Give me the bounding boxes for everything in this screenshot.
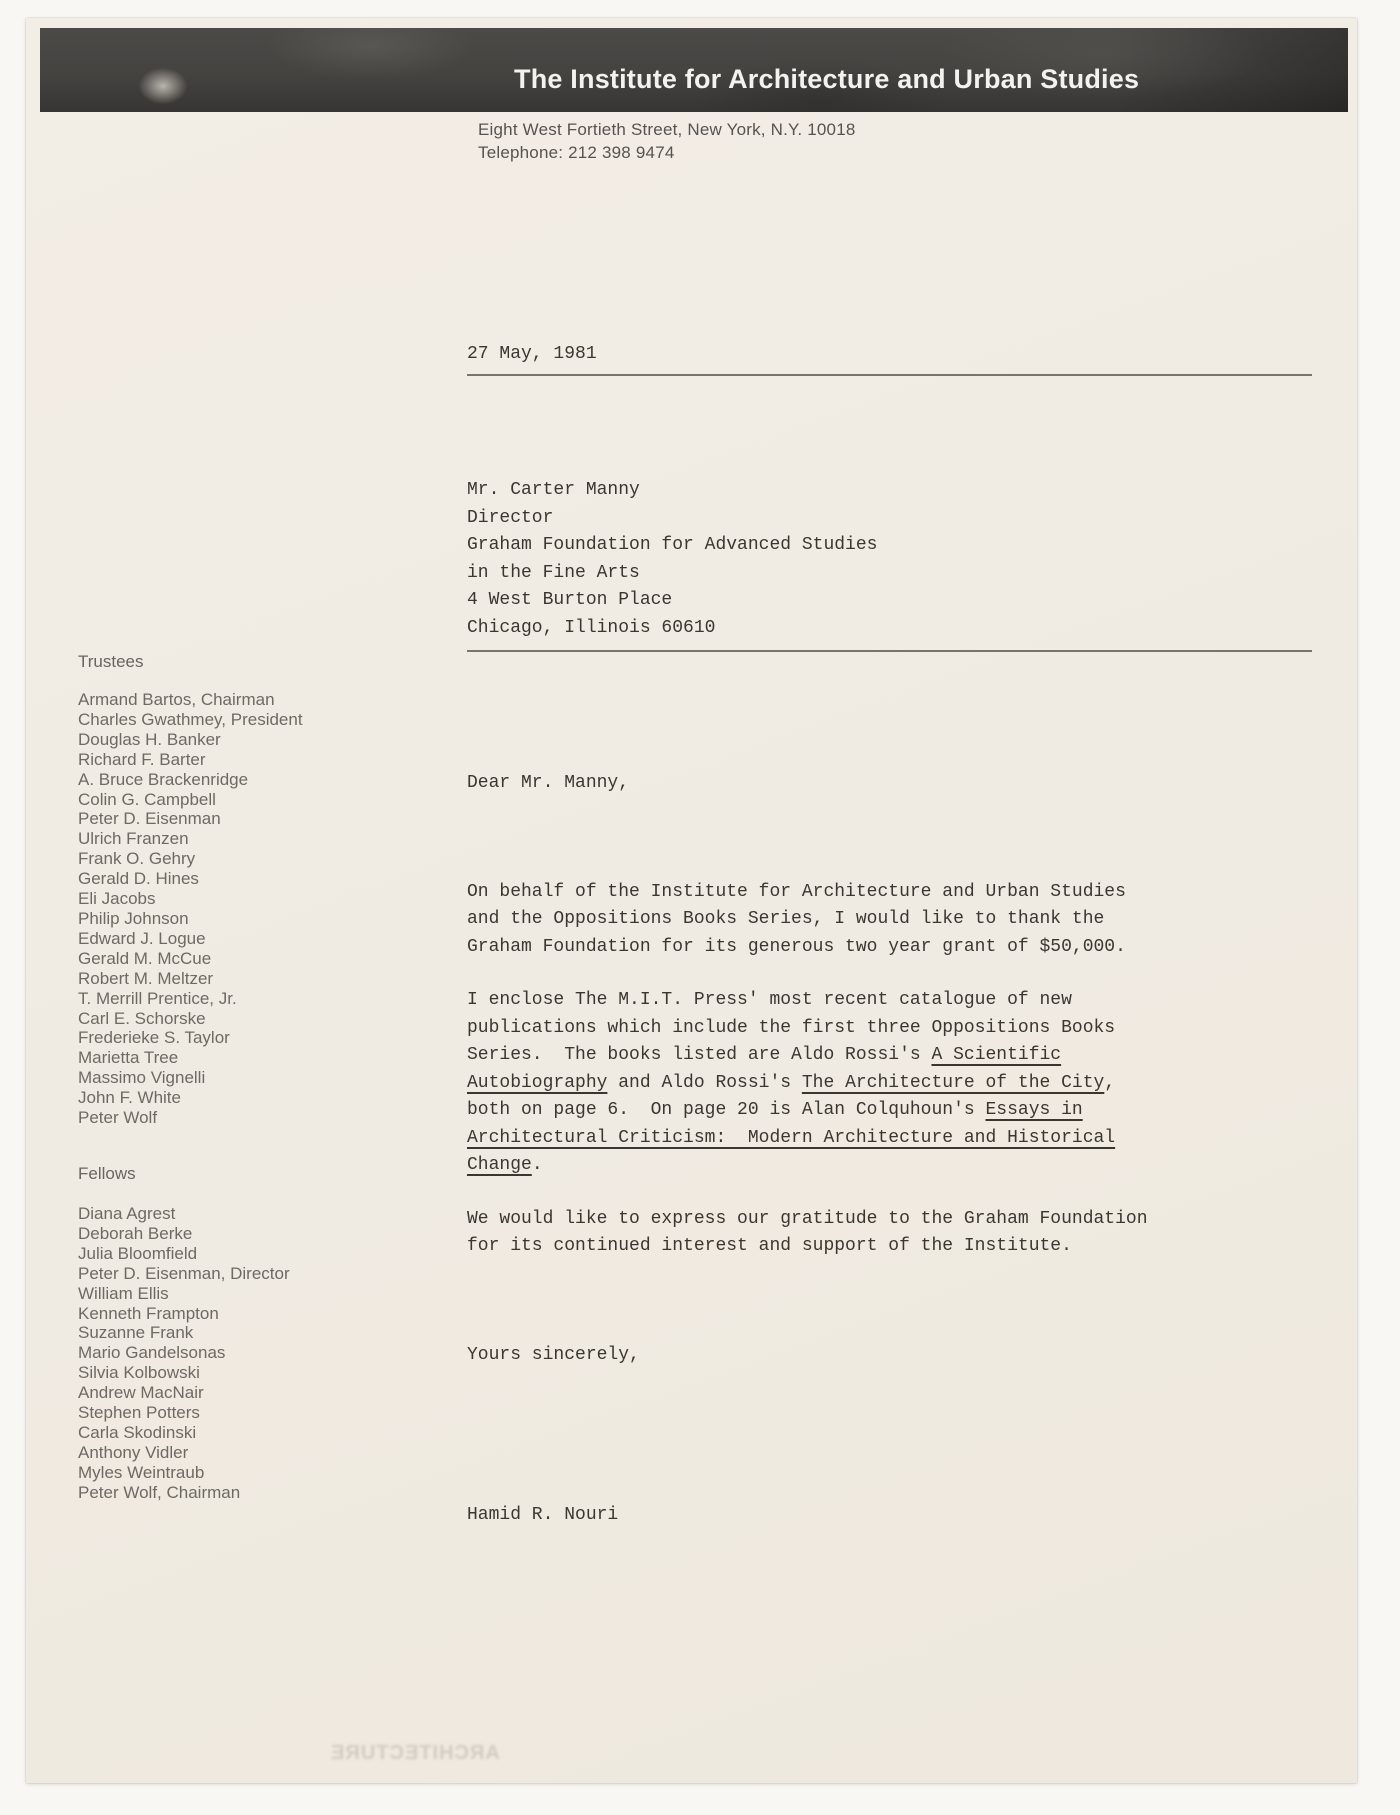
divider-after-date [467,374,1312,376]
paragraph-line: Series. The books listed are Aldo Rossi'… [467,1042,1148,1070]
underlined-book-title: Essays in [985,1100,1082,1120]
paragraph: I enclose The M.I.T. Press' most recent … [467,987,1148,1180]
paragraph-line: On behalf of the Institute for Architect… [467,879,1148,907]
text-segment: Graham Foundation for its generous two y… [467,937,1126,957]
fellow-name: Diana Agrest [78,1204,290,1224]
underlined-book-title: The Architecture of the City [802,1073,1104,1093]
text-segment: for its continued interest and support o… [467,1236,1072,1256]
text-segment: Series. The books listed are Aldo Rossi'… [467,1045,931,1065]
recipient-line: 4 West Burton Place [467,587,877,615]
fellow-name: Anthony Vidler [78,1443,290,1463]
paragraph-line: for its continued interest and support o… [467,1233,1148,1261]
recipient-line: Graham Foundation for Advanced Studies [467,532,877,560]
trustee-name: Gerald D. Hines [78,869,303,889]
trustee-name: Frank O. Gehry [78,849,303,869]
fellow-name: Peter Wolf, Chairman [78,1483,290,1503]
paragraph-line: Autobiography and Aldo Rossi's The Archi… [467,1070,1148,1098]
org-name: The Institute for Architecture and Urban… [514,64,1139,95]
paragraph-line: Change. [467,1152,1148,1180]
signature-name: Hamid R. Nouri [467,1502,1148,1530]
recipient-line: in the Fine Arts [467,560,877,588]
text-segment: and Aldo Rossi's [607,1073,801,1093]
fellow-name: Mario Gandelsonas [78,1343,290,1363]
letter-body: Dear Mr. Manny, On behalf of the Institu… [467,715,1148,1585]
fellow-name: Deborah Berke [78,1224,290,1244]
underlined-book-title: Autobiography [467,1073,607,1093]
fellow-name: Stephen Potters [78,1403,290,1423]
fellows-heading: Fellows [78,1164,136,1184]
paragraphs: On behalf of the Institute for Architect… [467,879,1148,1261]
fellows-list: Diana AgrestDeborah BerkeJulia Bloomfiel… [78,1204,290,1503]
letterhead-street: Eight West Fortieth Street, New York, N.… [478,119,856,142]
trustee-name: T. Merrill Prentice, Jr. [78,989,303,1009]
text-segment: On behalf of the Institute for Architect… [467,882,1126,902]
fellow-name: Suzanne Frank [78,1323,290,1343]
trustee-name: Charles Gwathmey, President [78,710,303,730]
paragraph: On behalf of the Institute for Architect… [467,879,1148,962]
salutation: Dear Mr. Manny, [467,770,1148,798]
trustee-name: John F. White [78,1088,303,1108]
paragraph-line: I enclose The M.I.T. Press' most recent … [467,987,1148,1015]
trustee-name: Colin G. Campbell [78,790,303,810]
trustee-name: Eli Jacobs [78,889,303,909]
fellow-name: Carla Skodinski [78,1423,290,1443]
underlined-book-title: Architectural Criticism: Modern Architec… [467,1128,1115,1148]
closing: Yours sincerely, [467,1342,1148,1370]
letterhead-banner: The Institute for Architecture and Urban… [40,28,1348,112]
trustee-name: A. Bruce Brackenridge [78,770,303,790]
fellow-name: Myles Weintraub [78,1463,290,1483]
trustee-name: Ulrich Franzen [78,829,303,849]
trustee-name: Douglas H. Banker [78,730,303,750]
fellow-name: Julia Bloomfield [78,1244,290,1264]
paragraph-line: We would like to express our gratitude t… [467,1206,1148,1234]
underlined-book-title: A Scientific [931,1045,1061,1065]
paragraph-line: Architectural Criticism: Modern Architec… [467,1125,1148,1153]
text-segment: publications which include the first thr… [467,1018,1115,1038]
trustee-name: Armand Bartos, Chairman [78,690,303,710]
trustee-name: Massimo Vignelli [78,1068,303,1088]
text-segment: . [532,1155,543,1175]
trustee-name: Marietta Tree [78,1048,303,1068]
text-segment: , [1104,1073,1115,1093]
trustee-name: Frederieke S. Taylor [78,1028,303,1048]
bleed-through-text: ARCHITECTURE [330,1742,500,1765]
divider-after-recipient [467,650,1312,652]
fellow-name: Peter D. Eisenman, Director [78,1264,290,1284]
trustee-name: Robert M. Meltzer [78,969,303,989]
paragraph: We would like to express our gratitude t… [467,1206,1148,1261]
trustee-name: Richard F. Barter [78,750,303,770]
fellow-name: William Ellis [78,1284,290,1304]
scanned-letter-page: The Institute for Architecture and Urban… [0,0,1400,1815]
underlined-book-title: Change [467,1155,532,1175]
trustees-list: Armand Bartos, ChairmanCharles Gwathmey,… [78,690,303,1128]
trustee-name: Edward J. Logue [78,929,303,949]
recipient-address: Mr. Carter MannyDirectorGraham Foundatio… [467,477,877,642]
fellow-name: Andrew MacNair [78,1383,290,1403]
recipient-line: Chicago, Illinois 60610 [467,615,877,643]
recipient-line: Mr. Carter Manny [467,477,877,505]
trustee-name: Philip Johnson [78,909,303,929]
text-segment: and the Oppositions Books Series, I woul… [467,909,1104,929]
trustee-name: Peter D. Eisenman [78,809,303,829]
letterhead-telephone: Telephone: 212 398 9474 [478,142,856,165]
text-segment: We would like to express our gratitude t… [467,1209,1148,1229]
fellow-name: Silvia Kolbowski [78,1363,290,1383]
recipient-line: Director [467,505,877,533]
paragraph-line: and the Oppositions Books Series, I woul… [467,906,1148,934]
paragraph-line: publications which include the first thr… [467,1015,1148,1043]
paragraph-line: Graham Foundation for its generous two y… [467,934,1148,962]
letter-date: 27 May, 1981 [467,341,597,369]
trustee-name: Gerald M. McCue [78,949,303,969]
text-segment: I enclose The M.I.T. Press' most recent … [467,990,1072,1010]
trustees-heading: Trustees [78,652,144,672]
paragraph-line: both on page 6. On page 20 is Alan Colqu… [467,1097,1148,1125]
trustee-name: Peter Wolf [78,1108,303,1128]
fellow-name: Kenneth Frampton [78,1304,290,1324]
trustee-name: Carl E. Schorske [78,1009,303,1029]
letterhead-address: Eight West Fortieth Street, New York, N.… [478,119,856,164]
text-segment: both on page 6. On page 20 is Alan Colqu… [467,1100,985,1120]
